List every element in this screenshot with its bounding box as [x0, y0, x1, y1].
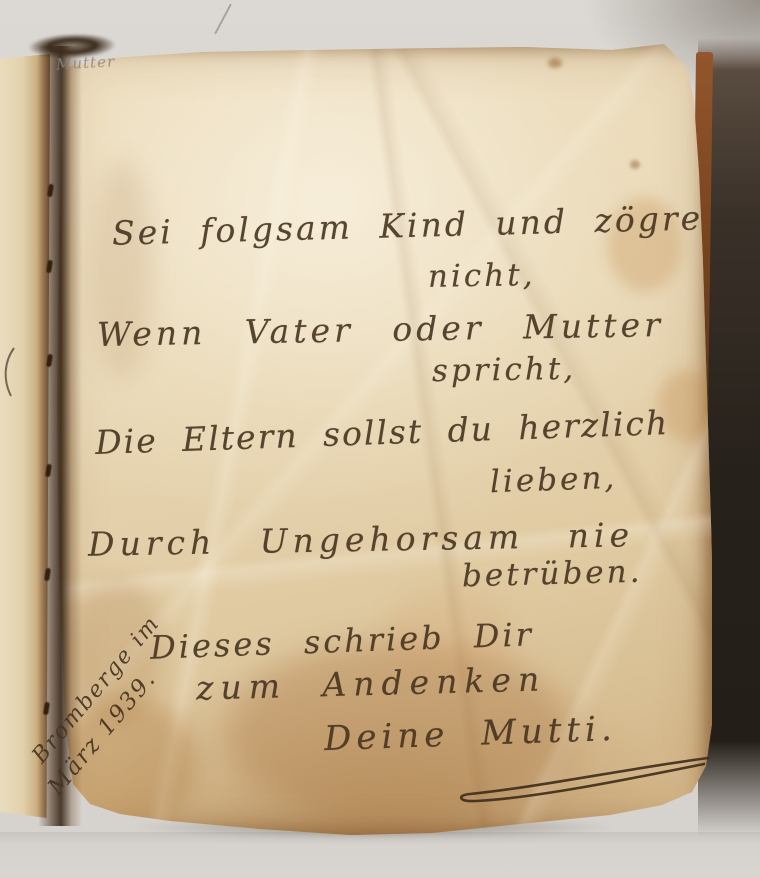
photo-of-album-page: Mutter Sei folgsam Kind und zögre nicht,… [0, 0, 760, 878]
age-stain [548, 58, 562, 68]
verse-line-8: betrüben. [462, 554, 643, 595]
verse-line-4: spricht, [432, 351, 577, 390]
age-stain [630, 160, 640, 169]
verse-line-6: lieben, [489, 460, 617, 500]
verse-line-2: nicht, [428, 257, 536, 295]
facing-page-ink-mark [0, 346, 16, 398]
signature-flourish [452, 748, 718, 808]
pencil-note: Mutter [56, 52, 116, 73]
